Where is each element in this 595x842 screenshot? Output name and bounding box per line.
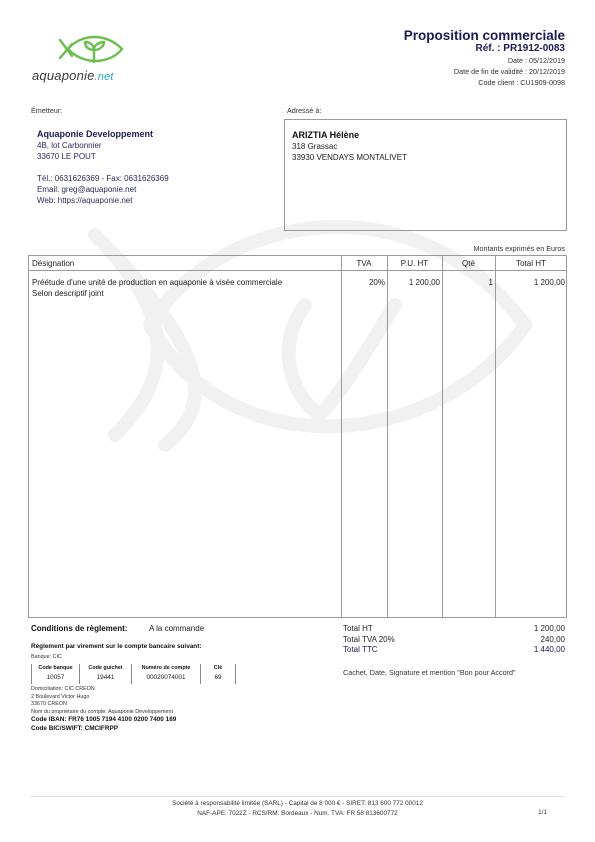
sender-email[interactable]: Email: greg@aquaponie.net xyxy=(37,184,169,195)
branch-code-value: 19441 xyxy=(80,673,131,682)
account-number-cell: Numéro de compte 00020074001 xyxy=(131,664,200,684)
total-ttc-label: Total TTC xyxy=(343,645,378,656)
account-owner: Nom du propriétaire du compte: Aquaponie… xyxy=(31,709,173,717)
bank-name: Banque: CIC xyxy=(31,654,62,660)
sender-name: Aquaponie Developpement xyxy=(37,128,169,140)
recipient-address-line2: 33930 VENDAYS MONTALIVET xyxy=(292,152,407,163)
row-designation: Préétude d'une unité de production en aq… xyxy=(32,277,337,299)
bank-code-value: 10057 xyxy=(32,673,79,682)
row-tva: 20% xyxy=(341,277,385,288)
logo-tld: .net xyxy=(95,71,114,83)
payment-conditions: Conditions de règlement: A la commande xyxy=(31,624,127,633)
row-unit-price: 1 200,00 xyxy=(387,277,440,288)
iban: Code IBAN: FR76 1005 7194 4100 0200 7400… xyxy=(31,716,176,723)
column-divider xyxy=(387,256,388,617)
logo-wordmark: aquaponie.net xyxy=(32,68,114,83)
bank-code-header: Code banque xyxy=(32,664,79,673)
total-ht-row: Total HT 1 200,00 xyxy=(343,624,565,635)
total-ttc-value: 1 440,00 xyxy=(534,645,565,656)
bic-swift: Code BIC/SWIFT: CMCIFRPP xyxy=(31,725,118,732)
footer-legal-line2: NAF-APE: 7022Z - RCS/RM: Bordeaux - Num.… xyxy=(0,809,595,819)
signature-note: Cachet, Date, Signature et mention "Bon … xyxy=(343,668,516,677)
sender-website[interactable]: Web: https://aquaponie.net xyxy=(37,195,169,206)
currency-note: Montants exprimés en Euros xyxy=(474,244,565,253)
account-number-value: 00020074001 xyxy=(132,673,200,682)
bank-address-line2: 33670 CREON xyxy=(31,701,173,709)
total-ht-value: 1 200,00 xyxy=(534,624,565,635)
document-date: Date : 05/12/2019 xyxy=(305,55,565,66)
validity-date: Date de fin de validité : 20/12/2019 xyxy=(305,66,565,77)
totals-block: Total HT 1 200,00 Total TVA 20% 240,00 T… xyxy=(343,624,565,656)
footer-legal-line1: Société à responsabilité limitée (SARL) … xyxy=(0,799,595,809)
total-tva-value: 240,00 xyxy=(541,635,565,646)
sender-label: Émetteur: xyxy=(31,106,62,115)
rib-key-value: 69 xyxy=(201,673,235,682)
total-ht-label: Total HT xyxy=(343,624,373,635)
conditions-label: Conditions de règlement: xyxy=(31,624,127,633)
document-header: Proposition commerciale Réf. : PR1912-00… xyxy=(305,28,565,88)
bank-code-cell: Code banque 10057 xyxy=(31,664,79,684)
recipient-box: ARIZTIA Hélène 318 Grassac 33930 VENDAYS… xyxy=(284,119,567,231)
account-number-header: Numéro de compte xyxy=(132,664,200,673)
rib-key-header: Clé xyxy=(201,664,235,673)
column-header-tva: TVA xyxy=(341,259,387,268)
conditions-value: A la commande xyxy=(149,624,204,633)
document-reference: Réf. : PR1912-0083 xyxy=(305,43,565,55)
column-header-designation: Désignation xyxy=(32,259,74,268)
sender-block: Aquaponie Developpement 4B, lot Carbonni… xyxy=(37,128,169,206)
sender-address-line1: 4B, lot Carbonnier xyxy=(37,140,169,151)
company-logo: aquaponie.net xyxy=(30,32,140,87)
client-code: Code client : CU1909-0098 xyxy=(305,77,565,88)
table-header: Désignation TVA P.U. HT Qté Total HT xyxy=(29,256,566,271)
domiciliation: Domiciliation: CIC CREON xyxy=(31,686,173,694)
total-ttc-row: Total TTC 1 440,00 xyxy=(343,645,565,656)
total-tva-label: Total TVA 20% xyxy=(343,635,395,646)
sender-address-line2: 33670 LE POUT xyxy=(37,151,169,162)
logo-brand: aquaponie xyxy=(32,68,95,83)
fish-sprout-icon xyxy=(54,32,126,66)
column-divider xyxy=(341,256,342,617)
designation-line1: Préétude d'une unité de production en aq… xyxy=(32,277,337,288)
recipient-name: ARIZTIA Hélène xyxy=(292,129,407,141)
column-header-total-ht: Total HT xyxy=(495,259,567,268)
bank-address-line1: 2 Boulevard Victor Hugo xyxy=(31,694,173,702)
row-quantity: 1 xyxy=(442,277,493,288)
total-tva-row: Total TVA 20% 240,00 xyxy=(343,635,565,646)
column-divider xyxy=(442,256,443,617)
designation-line2: Selon descriptif joint xyxy=(32,288,337,299)
footer: Société à responsabilité limitée (SARL) … xyxy=(0,799,595,819)
column-header-quantity: Qté xyxy=(442,259,495,268)
row-total-ht: 1 200,00 xyxy=(495,277,565,288)
page-number: 1/1 xyxy=(538,809,547,816)
column-header-unit-price: P.U. HT xyxy=(387,259,442,268)
branch-code-header: Code guichet xyxy=(80,664,131,673)
recipient-address-line1: 318 Grassac xyxy=(292,141,407,152)
column-divider xyxy=(495,256,496,617)
sender-phone-fax: Tél.: 0631626369 - Fax: 0631626369 xyxy=(37,173,169,184)
bank-domiciliation: Domiciliation: CIC CREON 2 Boulevard Vic… xyxy=(31,686,173,716)
bank-transfer-title: Règlement par virement sur le compte ban… xyxy=(31,643,201,650)
items-table: Désignation TVA P.U. HT Qté Total HT Pré… xyxy=(28,255,567,618)
branch-code-cell: Code guichet 19441 xyxy=(79,664,131,684)
footer-divider xyxy=(30,796,565,797)
recipient-label: Adressé à: xyxy=(287,106,321,115)
document-title: Proposition commerciale xyxy=(305,28,565,43)
rib-key-cell: Clé 69 xyxy=(200,664,235,684)
